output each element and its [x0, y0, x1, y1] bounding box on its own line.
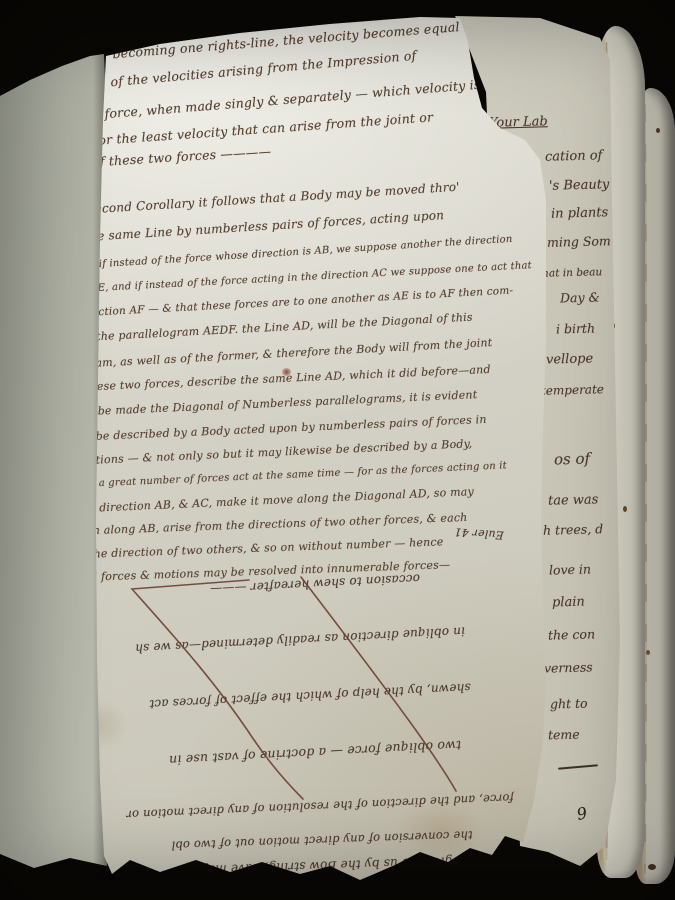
margin-fragment: plain — [552, 596, 585, 610]
margin-fragment: cation of — [545, 149, 603, 163]
margin-fragment: that in beau — [538, 267, 602, 279]
inverted-line: given to us by the Bow string, have may … — [112, 853, 522, 879]
manuscript-line: directions — & not only so but it may li… — [66, 438, 473, 467]
margin-fragment: temperate — [541, 383, 604, 397]
inverted-annotation: Euler 41 — [436, 525, 523, 542]
manuscript-line: motion along AB, arise from the directio… — [60, 512, 468, 537]
photo-frame: Your Lab cation of 's Beauty in plants m… — [0, 0, 675, 900]
margin-fragment: h trees, d — [543, 523, 603, 537]
manuscript-line: from the direction of two others, & so o… — [58, 536, 444, 560]
margin-fragment: tae was — [548, 493, 599, 507]
foxing-speck — [648, 864, 656, 870]
manuscript-line: of these two forces, describe the same L… — [70, 364, 491, 393]
margin-fragment: the con — [548, 628, 595, 642]
manuscript-line: the same Line by numberless pairs of for… — [84, 209, 444, 243]
margin-fragment: in plants — [551, 206, 608, 220]
inverted-line: in oblique direction as readily determin… — [85, 623, 515, 657]
manuscript-line: of these two forces ———— — [92, 146, 272, 169]
foxing-speck — [623, 506, 627, 512]
margin-rule — [558, 764, 598, 769]
inverted-line: shewn, by the help of which the effect o… — [95, 679, 525, 713]
margin-fragment: vellope — [546, 352, 594, 366]
margin-fragment: 's Beauty — [549, 178, 610, 193]
inverted-line: the conversion of any direct motion out … — [102, 826, 542, 853]
margin-fragment: i birth — [556, 322, 595, 336]
margin-fragment: verness — [544, 661, 593, 675]
margin-fragment: Day & — [560, 291, 600, 305]
manuscript-line: may be made the Diagonal of Numberless p… — [70, 389, 478, 418]
foxing-speck — [656, 128, 660, 133]
inverted-line: two oblique force — a doctrine of vast u… — [100, 735, 530, 770]
margin-fragment: love in — [549, 563, 591, 577]
manuscript-line: in the direction AB, & AC, make it move … — [62, 486, 474, 515]
foxing-speck — [646, 650, 650, 655]
page-number: 9 — [575, 805, 588, 823]
margin-fragment: teme — [548, 729, 580, 742]
manuscript-line: becoming one rights-line, the velocity b… — [112, 20, 477, 61]
margin-fragment: os of — [554, 452, 590, 468]
margin-fragment: ming Som — [547, 235, 611, 249]
margin-fragment: ght to — [550, 698, 588, 711]
